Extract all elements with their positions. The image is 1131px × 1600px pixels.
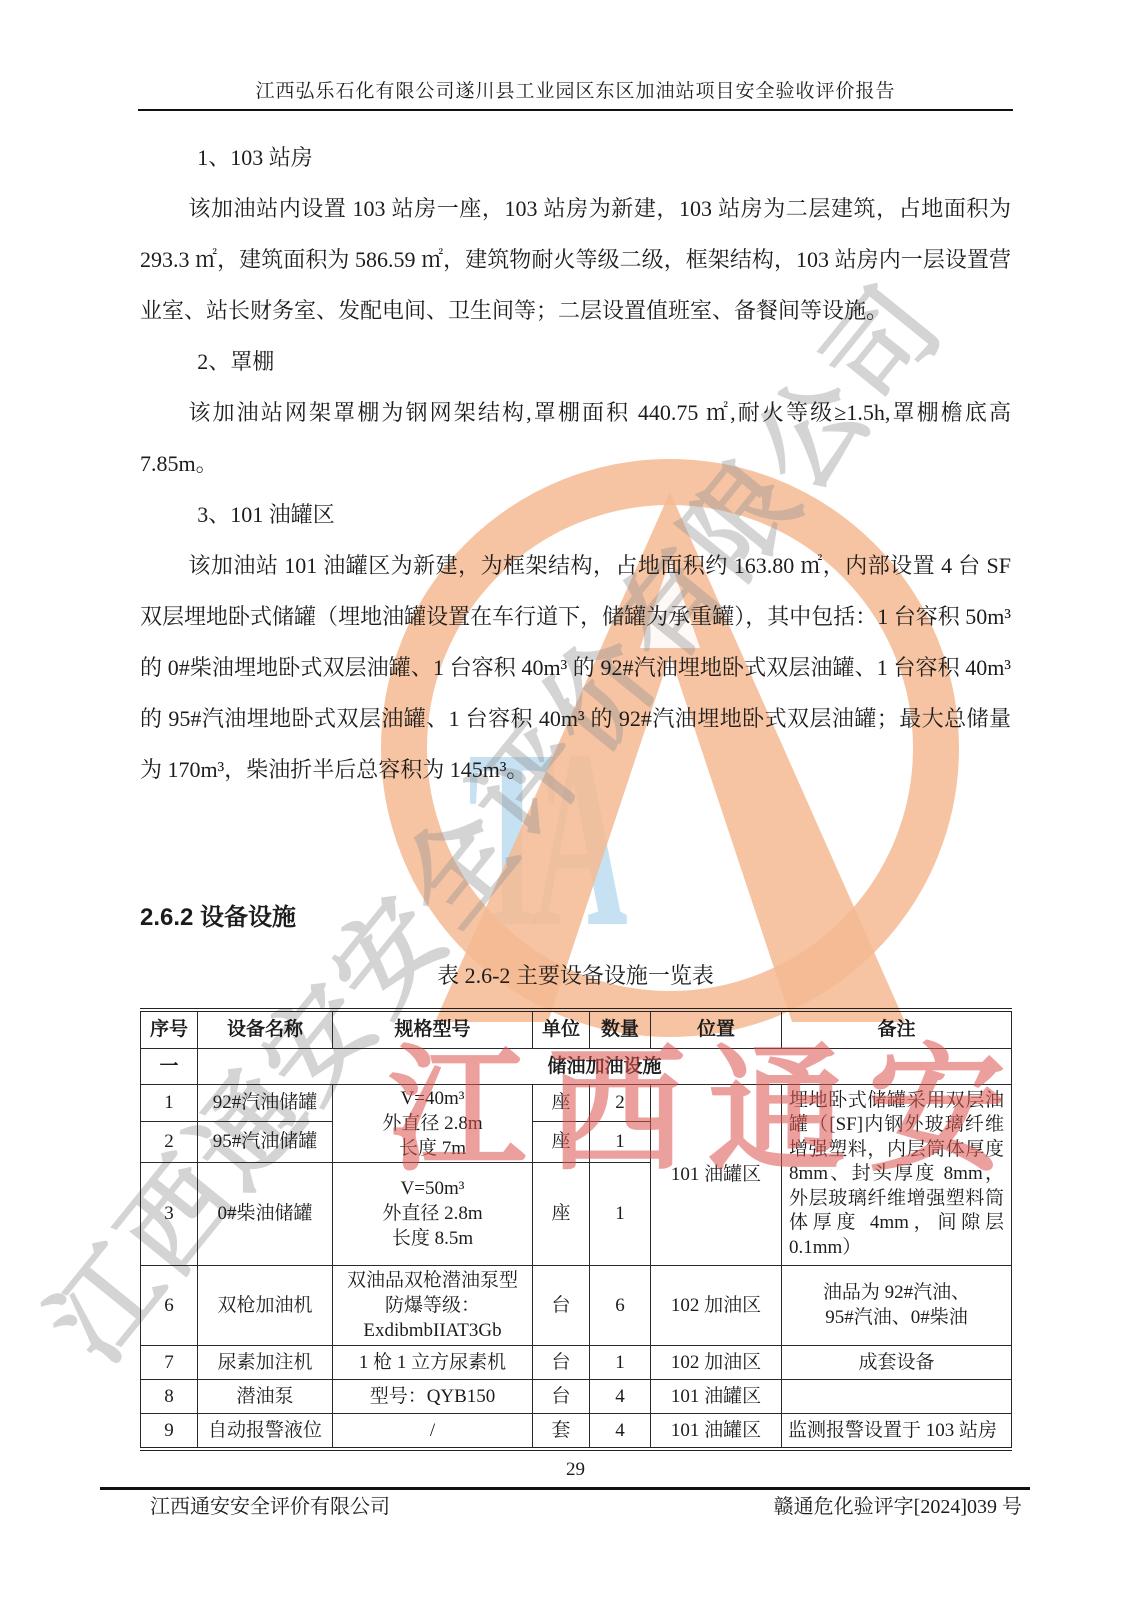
cell-qty: 1 <box>590 1345 651 1379</box>
cell-unit: 台 <box>533 1345 590 1379</box>
cell-no: 9 <box>141 1413 198 1449</box>
col-header-no: 序号 <box>141 1010 198 1048</box>
cell-name: 0#柴油储罐 <box>198 1162 333 1265</box>
cell-location: 101 油罐区 <box>651 1379 782 1413</box>
cell-name: 尿素加注机 <box>198 1345 333 1379</box>
cell-no: 2 <box>141 1121 198 1162</box>
cell-qty: 4 <box>590 1413 651 1449</box>
section-heading-2-6-2: 2.6.2 设备设施 <box>140 903 1011 933</box>
cell-unit: 台 <box>533 1379 590 1413</box>
cell-location: 101 油罐区 <box>651 1413 782 1449</box>
equipment-table-wrapper: 序号 设备名称 规格型号 单位 数量 位置 备注 一 储油加油设施 1 92#汽… <box>140 1008 1011 1451</box>
cell-remark: 成套设备 <box>782 1345 1012 1379</box>
cell-remark: 油品为 92#汽油、 95#汽油、0#柴油 <box>782 1265 1012 1345</box>
cell-qty: 4 <box>590 1379 651 1413</box>
cell-qty: 6 <box>590 1265 651 1345</box>
page-number: 29 <box>140 1458 1011 1482</box>
subheading-103-station: 1、103 站房 <box>140 132 1011 183</box>
col-header-spec: 规格型号 <box>333 1010 533 1048</box>
cell-spec: 双油品双枪潜油泵型 防爆等级： ExdibmbIIAT3Gb <box>333 1265 533 1345</box>
body-text: 1、103 站房 该加油站内设置 103 站房一座，103 站房为新建，103 … <box>140 132 1011 795</box>
col-header-unit: 单位 <box>533 1010 590 1048</box>
table-row: 8 潜油泵 型号：QYB150 台 4 101 油罐区 <box>141 1379 1012 1413</box>
table-row: 9 自动报警液位 / 套 4 101 油罐区 监测报警设置于 103 站房 <box>141 1413 1012 1449</box>
col-header-qty: 数量 <box>590 1010 651 1048</box>
table-section-row: 一 储油加油设施 <box>141 1048 1012 1084</box>
cell-remark: 埋地卧式储罐采用双层油罐（[SF]内钢外玻璃纤维增强塑料，内层筒体厚度 8mm、… <box>782 1084 1012 1265</box>
subheading-tank-area: 3、101 油罐区 <box>140 489 1011 540</box>
equipment-table: 序号 设备名称 规格型号 单位 数量 位置 备注 一 储油加油设施 1 92#汽… <box>140 1008 1012 1451</box>
footer-document-number: 赣通危化验评字[2024]039 号 <box>774 1494 1022 1520</box>
col-header-remark: 备注 <box>782 1010 1012 1048</box>
cell-no: 3 <box>141 1162 198 1265</box>
table-header-row: 序号 设备名称 规格型号 单位 数量 位置 备注 <box>141 1010 1012 1048</box>
cell-spec: 1 枪 1 立方尿素机 <box>333 1345 533 1379</box>
section-row-label: 储油加油设施 <box>198 1048 1012 1084</box>
cell-name: 潜油泵 <box>198 1379 333 1413</box>
paragraph-103-station: 该加油站内设置 103 站房一座，103 站房为新建，103 站房为二层建筑，占… <box>140 183 1011 336</box>
cell-spec: / <box>333 1413 533 1449</box>
cell-spec: 型号：QYB150 <box>333 1379 533 1413</box>
cell-unit: 台 <box>533 1265 590 1345</box>
subheading-canopy: 2、罩棚 <box>140 336 1011 387</box>
cell-name: 92#汽油储罐 <box>198 1084 333 1121</box>
header-rule <box>138 109 1013 111</box>
cell-unit: 座 <box>533 1084 590 1121</box>
cell-location: 102 加油区 <box>651 1345 782 1379</box>
table-caption: 表 2.6-2 主要设备设施一览表 <box>140 962 1011 990</box>
cell-location: 102 加油区 <box>651 1265 782 1345</box>
cell-no: 6 <box>141 1265 198 1345</box>
paragraph-tank-area: 该加油站 101 油罐区为新建，为框架结构，占地面积约 163.80 ㎡，内部设… <box>140 540 1011 795</box>
footer-company-name: 江西通安安全评价有限公司 <box>150 1494 390 1520</box>
col-header-location: 位置 <box>651 1010 782 1048</box>
cell-qty: 2 <box>590 1084 651 1121</box>
table-row: 1 92#汽油储罐 V=40m³ 外直径 2.8m 长度 7m 座 2 101 … <box>141 1084 1012 1121</box>
paragraph-canopy: 该加油站网架罩棚为钢网架结构,罩棚面积 440.75 ㎡,耐火等级≥1.5h,罩… <box>140 387 1011 489</box>
cell-remark <box>782 1379 1012 1413</box>
cell-no: 7 <box>141 1345 198 1379</box>
cell-unit: 座 <box>533 1121 590 1162</box>
cell-name: 95#汽油储罐 <box>198 1121 333 1162</box>
cell-name: 自动报警液位 <box>198 1413 333 1449</box>
footer-rule <box>100 1487 1030 1490</box>
table-row: 6 双枪加油机 双油品双枪潜油泵型 防爆等级： ExdibmbIIAT3Gb 台… <box>141 1265 1012 1345</box>
cell-no: 8 <box>141 1379 198 1413</box>
cell-unit: 座 <box>533 1162 590 1265</box>
report-page: TA 江西通安安全评价有限公司 江西通安 江西弘乐石化有限公司遂川县工业园区东区… <box>0 0 1131 1600</box>
page-footer: 江西通安安全评价有限公司 赣通危化验评字[2024]039 号 <box>150 1494 1022 1520</box>
section-row-no: 一 <box>141 1048 198 1084</box>
cell-spec: V=40m³ 外直径 2.8m 长度 7m <box>333 1084 533 1162</box>
cell-location: 101 油罐区 <box>651 1084 782 1265</box>
cell-remark: 监测报警设置于 103 站房 <box>782 1413 1012 1449</box>
table-row: 7 尿素加注机 1 枪 1 立方尿素机 台 1 102 加油区 成套设备 <box>141 1345 1012 1379</box>
cell-unit: 套 <box>533 1413 590 1449</box>
col-header-name: 设备名称 <box>198 1010 333 1048</box>
cell-qty: 1 <box>590 1121 651 1162</box>
cell-name: 双枪加油机 <box>198 1265 333 1345</box>
cell-no: 1 <box>141 1084 198 1121</box>
cell-spec: V=50m³ 外直径 2.8m 长度 8.5m <box>333 1162 533 1265</box>
page-header-title: 江西弘乐石化有限公司遂川县工业园区东区加油站项目安全验收评价报告 <box>140 80 1011 104</box>
cell-qty: 1 <box>590 1162 651 1265</box>
